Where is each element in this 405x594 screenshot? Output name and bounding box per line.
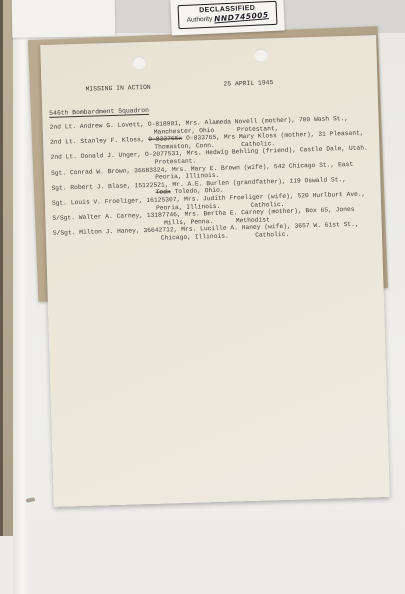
strikethrough-text: Tedx <box>156 189 171 196</box>
top-left-paper-corner <box>12 0 116 38</box>
entries: 2nd Lt. Andrew G. Lovett, O-818901, Mrs.… <box>50 114 379 245</box>
left-cardboard-edge <box>3 0 13 538</box>
declassified-slip: DECLASSIFIED Authority NND745005 <box>170 0 285 36</box>
punch-hole-left <box>133 56 146 69</box>
bottom-left-paper-edge <box>0 536 14 594</box>
declassified-stamp: DECLASSIFIED Authority NND745005 <box>178 1 278 29</box>
typed-document-sheet: MISSING IN ACTION 25 APRIL 1945 546th Bo… <box>40 35 390 507</box>
punch-hole-right <box>254 48 267 61</box>
document-title: MISSING IN ACTION <box>85 84 150 93</box>
squadron-heading: 546th Bombardment Squadron <box>49 107 149 117</box>
photo-background: MISSING IN ACTION 25 APRIL 1945 546th Bo… <box>0 0 405 594</box>
document-date: 25 APRIL 1945 <box>223 79 273 87</box>
document-header: MISSING IN ACTION 25 APRIL 1945 <box>41 77 377 97</box>
authority-label: Authority <box>187 16 213 24</box>
